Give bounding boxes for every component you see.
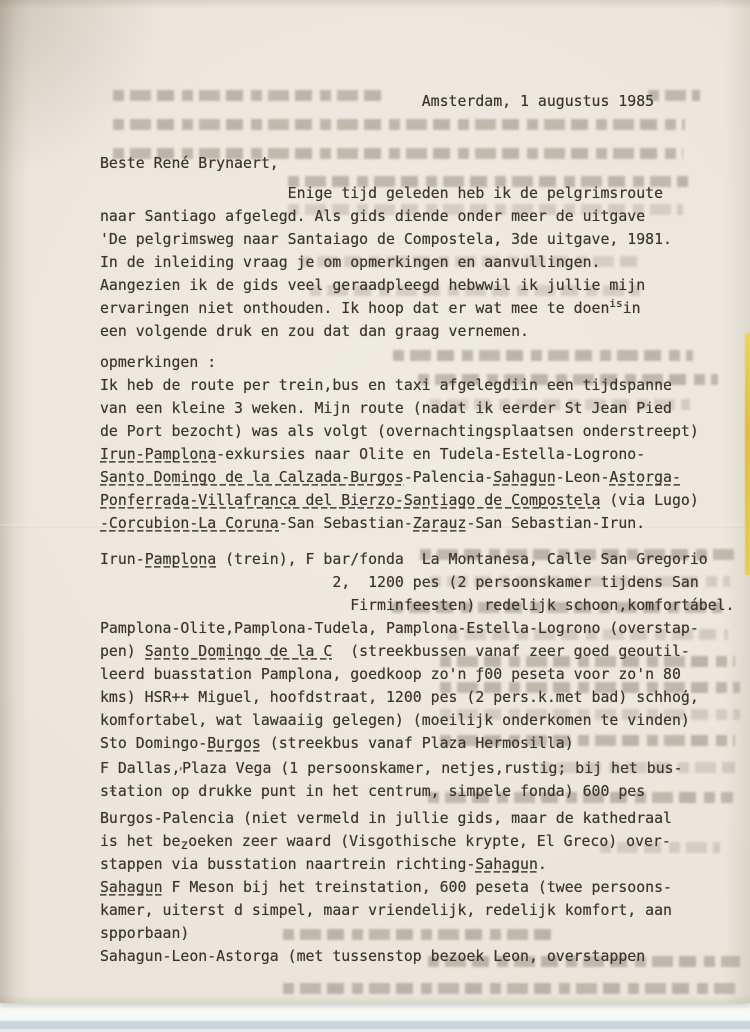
letter-text-segment: opmerkingen : xyxy=(100,353,216,371)
letter-line: Pamplona-Olite,Pamplona-Tudela, Pamplona… xyxy=(100,617,740,640)
letter-text-segment: 2, 1200 pes (2 persoonskamer tijdens San xyxy=(100,573,699,591)
letter-text-segment: -San Sebastian- xyxy=(279,514,413,532)
underlined-place-name: Pamplona xyxy=(145,550,217,568)
letter-text-segment: komfortabel, wat lawaaiig gelegen) (moei… xyxy=(100,711,690,729)
letter-text-segment: , xyxy=(177,759,184,772)
letter-line: Beste René Brynaert, xyxy=(100,152,740,175)
letter-text-segment: stappen via busstation naartrein richtin… xyxy=(100,855,475,873)
letter-text-segment: -San Sebastian-Irun. xyxy=(466,514,645,532)
letter-text-segment: Irun- xyxy=(100,550,145,568)
letter-line: Enige tijd geleden heb ik de pelgrimsrou… xyxy=(100,182,740,205)
letter-text-segment: is xyxy=(609,297,622,310)
letter-text-segment: (streekbus vanaf Plaza Hermosilla) xyxy=(261,734,574,752)
page-right-edge-sliver xyxy=(745,333,750,575)
letter-text-segment: Plaza Vega (1 persoonskamer, netjes,rust… xyxy=(182,759,682,777)
letter-line: de Port bezocht) was als volgt (overnach… xyxy=(100,420,740,443)
underlined-place-name: Sahagun xyxy=(475,855,538,873)
letter-line: van een kleine 3 weken. Mijn route (nada… xyxy=(100,397,740,420)
letter-line: naar Santiago afgelegd. Als gids diende … xyxy=(100,205,740,228)
letter-line: Sahagun F Meson bij het treinstation, 60… xyxy=(100,876,740,899)
letter-line: kms) HSR++ Miguel, hoofdstraat, 1200 pes… xyxy=(100,686,740,709)
letter-line: Santo Domingo de la Calzada-Burgos-Palen… xyxy=(100,466,740,489)
letter-line: stappen via busstation naartrein richtin… xyxy=(100,853,740,876)
letter-line: Aangezien ik de gids veel geraadpleegd h… xyxy=(100,274,740,297)
letter-line: Sahagun-Leon-Astorga (met tussenstop bez… xyxy=(100,945,740,968)
letter-text-segment: leerd buasstation Pamplona, goedkoop zo'… xyxy=(100,665,681,683)
bleed-through-line xyxy=(283,983,741,994)
letter-text-segment: spporbaan) xyxy=(100,924,189,942)
para-greeting: Beste René Brynaert, xyxy=(100,152,740,175)
para-intro: Enige tijd geleden heb ik de pelgrimsrou… xyxy=(100,182,740,343)
letter-text-segment: pen) xyxy=(100,642,145,660)
letter-text-segment: sŧation op drukke punt in het centrum, s… xyxy=(100,782,645,800)
letter-text-segment: -Leon- xyxy=(556,468,610,486)
letter-text-segment: Burgos-Palencia (niet vermeld in jullie … xyxy=(100,809,672,827)
underlined-place-name: Sahagun xyxy=(493,468,556,486)
letter-line: pen) Santo Domingo de la C (streekbussen… xyxy=(100,640,740,663)
letter-text-segment: z xyxy=(180,838,188,853)
letter-line: 2, 1200 pes (2 persoonskamer tijdens San xyxy=(100,571,740,594)
letter-line: In de inleiding vraag je om opmerkingen … xyxy=(100,251,740,274)
letter-text-segment: 'De pelgrimsweg naar Santaiago de Compos… xyxy=(100,230,672,248)
letter-text-segment: F Dallas, xyxy=(100,759,180,777)
para-burgos-hotel: F Dallas,,Plaza Vega (1 persoonskamer, n… xyxy=(100,757,740,803)
para-sahagun: Sahagun F Meson bij het treinstation, 60… xyxy=(100,876,740,968)
letter-text-segment: Sahagun-Leon-Astorga (met tussenstop bez… xyxy=(100,947,645,965)
letter-line: ervaringen niet onthouden. Ik hoop dat e… xyxy=(100,297,740,320)
letter-line: sŧation op drukke punt in het centrum, s… xyxy=(100,780,740,803)
letter-text-segment: kamer, uiterst d simpel, maar vriendelij… xyxy=(100,901,672,919)
para-irun-pamplona: Irun-Pamplona (trein), F bar/fonda La Mo… xyxy=(100,548,740,755)
letter-line: leerd buasstation Pamplona, goedkoop zo'… xyxy=(100,663,740,686)
underlined-place-name: Burgos xyxy=(207,734,261,752)
underlined-place-name: Ponferrada-Villafranca del Bierzo-Santia… xyxy=(100,491,600,509)
letter-line: Irun-Pamplona (trein), F bar/fonda La Mo… xyxy=(100,548,740,571)
letter-text-segment: in xyxy=(623,299,641,317)
letter-text-segment: ervaringen niet onthouden. Ik hoop dat e… xyxy=(100,299,609,317)
letter-text-segment: van een kleine 3 weken. Mijn route (nada… xyxy=(100,399,672,417)
letter-line: Amsterdam, 1 augustus 1985 xyxy=(100,90,740,113)
letter-text-segment: Ik heb de route per trein,bus en taxi af… xyxy=(100,376,672,394)
underlined-place-name: Astorga- xyxy=(609,468,681,486)
letter-line: spporbaan) xyxy=(100,922,740,945)
letter-line: een volgende druk en zou dat dan graag v… xyxy=(100,320,740,343)
letter-text-segment: F Meson bij het treinstation, 600 peseta… xyxy=(163,878,672,896)
letter-text-segment: Enige tijd geleden heb ik de pelgrimsrou… xyxy=(100,184,663,202)
letter-text-segment: (via Lugo) xyxy=(600,491,698,509)
letter-text-segment: is het be xyxy=(100,832,180,850)
letter-text-segment: de Port bezocht) was als volgt (overnach… xyxy=(100,422,699,440)
letter-text-segment: In de inleiding vraag je om opmerkingen … xyxy=(100,253,600,271)
letter-text-segment: een volgende druk en zou dat dan graag v… xyxy=(100,322,529,340)
letter-text-segment: Pamplona-Olite,Pamplona-Tudela, Pamplona… xyxy=(100,619,699,637)
letter-text-segment: Beste René Brynaert, xyxy=(100,154,279,172)
letter-line: Burgos-Palencia (niet vermeld in jullie … xyxy=(100,807,740,830)
letter-text-segment: naar Santiago afgelegd. Als gids diende … xyxy=(100,207,645,225)
letter-text-segment: (streekbussen vanaf zeer goed geoutil- xyxy=(332,642,689,660)
letter-line: Ik heb de route per trein,bus en taxi af… xyxy=(100,374,740,397)
letter-line: Ponferrada-Villafranca del Bierzo-Santia… xyxy=(100,489,740,512)
letter-text-segment: Sto Domingo- xyxy=(100,734,207,752)
letter-line: F Dallas,,Plaza Vega (1 persoonskamer, n… xyxy=(100,757,740,780)
photographed-letter-scene: Amsterdam, 1 augustus 1985Beste René Bry… xyxy=(0,0,750,1032)
letter-text-segment: . xyxy=(538,855,547,873)
letter-line: Firminfeesten) redelijk schoon,komfortáb… xyxy=(100,594,740,617)
letter-text-segment: oeken zeer waard (Visgothische krypte, E… xyxy=(188,832,671,850)
underlined-place-name: Zarauz xyxy=(413,514,467,532)
underlined-place-name: Irun-Pamplona xyxy=(100,445,216,463)
letter-line: komfortabel, wat lawaaiig gelegen) (moei… xyxy=(100,709,740,732)
letter-line: Sto Domingo-Burgos (streekbus vanaf Plaz… xyxy=(100,732,740,755)
letter-line: -Corcubion-La Coruna-San Sebastian-Zarau… xyxy=(100,512,740,535)
letter-text-segment: (trein), F bar/fonda La Montanesa, Calle… xyxy=(216,550,708,568)
letter-text-segment: Firminfeesten) redelijk schoon,komfortáb… xyxy=(100,596,735,614)
letter-line: kamer, uiterst d simpel, maar vriendelij… xyxy=(100,899,740,922)
para-opmerkingen: opmerkingen :Ik heb de route per trein,b… xyxy=(100,351,740,535)
letter-body: Amsterdam, 1 augustus 1985Beste René Bry… xyxy=(100,90,740,968)
underlined-place-name: Santo Domingo de la Calzada-Burgos xyxy=(100,468,404,486)
underlined-place-name: Santo Domingo de la C xyxy=(145,642,333,660)
letter-line: is het bezoeken zeer waard (Visgothische… xyxy=(100,830,740,853)
para-date: Amsterdam, 1 augustus 1985 xyxy=(100,90,740,113)
letter-text-segment: -exkursies naar Olite en Tudela-Estella-… xyxy=(216,445,645,463)
underlined-place-name: Sahagun xyxy=(100,878,163,896)
letter-text-segment: kms) HSR++ Miguel, hoofdstraat, 1200 pes… xyxy=(100,688,699,706)
letter-text-segment: -Palencia- xyxy=(404,468,493,486)
letter-line: Irun-Pamplona-exkursies naar Olite en Tu… xyxy=(100,443,740,466)
underlined-place-name: -Corcubion-La Coruna xyxy=(100,514,279,532)
letter-text-segment: Amsterdam, 1 augustus 1985 xyxy=(100,92,654,110)
letter-text-segment: Aangezien ik de gids veel geraadpleegd h… xyxy=(100,276,645,294)
letter-line: opmerkingen : xyxy=(100,351,740,374)
letter-line: 'De pelgrimsweg naar Santaiago de Compos… xyxy=(100,228,740,251)
letter-page: Amsterdam, 1 augustus 1985Beste René Bry… xyxy=(0,0,750,1003)
para-burgos-palencia: Burgos-Palencia (niet vermeld in jullie … xyxy=(100,807,740,876)
